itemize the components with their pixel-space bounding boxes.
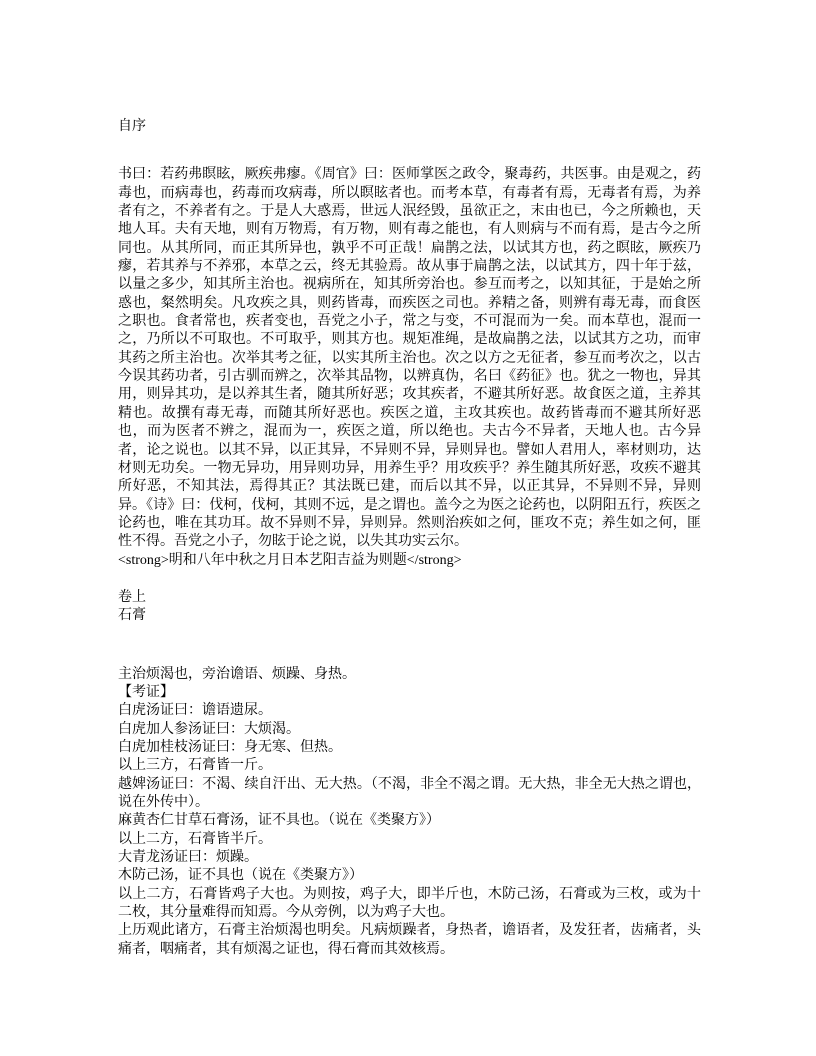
kaozheng-line: 上历观此诸方，石膏主治烦渴也明矣。凡病烦躁者，身热者，谵语者，及发狂者，齿痛者，… bbox=[118, 922, 701, 959]
drug-heading: 石膏 bbox=[118, 607, 701, 625]
indications-line: 主治烦渴也，旁治谵语、烦躁、身热。 bbox=[118, 666, 701, 684]
document-page: 自序 书曰：若药弗瞑眩，厥疾弗瘳。《周官》曰：医师掌医之政令，聚毒药，共医事。由… bbox=[0, 0, 816, 1056]
kaozheng-line: 大青龙汤证曰：烦躁。 bbox=[118, 849, 701, 867]
kaozheng-line: 麻黄杏仁甘草石膏汤，证不具也。（说在《类聚方》） bbox=[118, 812, 701, 830]
kaozheng-line: 白虎加桂枝汤证曰：身无寒、但热。 bbox=[118, 739, 701, 757]
preface-paragraph: 书曰：若药弗瞑眩，厥疾弗瘳。《周官》曰：医师掌医之政令，聚毒药，共医事。由是观之… bbox=[118, 166, 701, 551]
kaozheng-line: 以上三方，石膏皆一斤。 bbox=[118, 757, 701, 775]
kaozheng-section-heading: 【考证】 bbox=[118, 684, 701, 702]
kaozheng-line: 越婢汤证曰：不渴、续自汗出、无大热。（不渴，非全不渴之谓。无大热，非全无大热之谓… bbox=[118, 776, 701, 813]
preface-title: 自序 bbox=[118, 118, 701, 136]
kaozheng-line: 白虎加人参汤证曰：大烦渴。 bbox=[118, 721, 701, 739]
kaozheng-line: 以上二方，石膏皆半斤。 bbox=[118, 831, 701, 849]
kaozheng-line: 木防己汤，证不具也（说在《类聚方》） bbox=[118, 867, 701, 885]
kaozheng-line: 白虎汤证曰：谵语遗尿。 bbox=[118, 702, 701, 720]
colophon-line: <strong>明和八年中秋之月日本艺阳吉益为则题</strong> bbox=[118, 552, 701, 570]
kaozheng-list: 白虎汤证曰：谵语遗尿。白虎加人参汤证曰：大烦渴。白虎加桂枝汤证曰：身无寒、但热。… bbox=[118, 702, 701, 959]
kaozheng-line: 以上二方，石膏皆鸡子大也。为则按，鸡子大，即半斤也，木防己汤，石膏或为三枚，或为… bbox=[118, 886, 701, 923]
volume-heading: 卷上 bbox=[118, 589, 701, 607]
volume-headings: 卷上 石膏 bbox=[118, 589, 701, 626]
